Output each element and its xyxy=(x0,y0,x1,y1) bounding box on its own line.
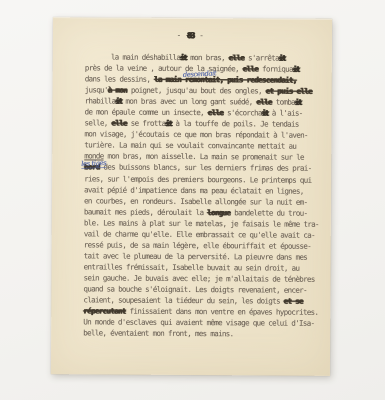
handwritten-correction: descendait xyxy=(183,69,217,79)
struck-deletion: elle xyxy=(243,64,258,73)
page-number-prefix: - xyxy=(176,31,187,40)
typed-text: dans les dessins, xyxy=(85,74,154,83)
typescript-line: bord des buissons blancs, sur les dernie… xyxy=(84,162,314,174)
typed-text: se frotta xyxy=(127,119,166,128)
typed-text: bandelette du trou- xyxy=(230,208,307,217)
typed-text: près de la veine , autour de la saignée, xyxy=(85,63,243,73)
typed-text: baumait mes pieds, déroulait la xyxy=(84,207,207,217)
photo-of-typescript: { "page": { "header": { "prefix": "- ", … xyxy=(0,0,385,400)
typed-text: mon bras avec un long gant suédé, xyxy=(122,97,257,107)
typed-text: poignet, jusqu'au bout des ongles, xyxy=(127,86,266,96)
typed-text: Un monde d'esclaves qui avaient même vis… xyxy=(83,317,314,327)
typed-text: avait pépié d'impatience dans ma peau éc… xyxy=(84,185,304,195)
typescript-text: la main déshabillait mon bras, elle s'ar… xyxy=(83,51,315,340)
struck-deletion: elle xyxy=(208,108,223,117)
struck-deletion: et se xyxy=(284,297,303,306)
struck-deletion: à mon xyxy=(108,86,127,95)
struck-deletion: elle xyxy=(111,119,126,128)
typescript-line: en courbes, en rondeurs. Isabelle allong… xyxy=(84,195,314,207)
struck-deletion: répercutant xyxy=(83,306,125,315)
overtyped-ending: it xyxy=(279,54,285,63)
typescript-line: avait pépié d'impatience dans ma peau éc… xyxy=(84,184,314,196)
typed-text: belle, éventaient mon front, mes mains. xyxy=(83,329,233,339)
struck-deletion: longue xyxy=(207,208,230,217)
typed-text: ressé puis, de sa main légère, elle ébou… xyxy=(84,240,311,250)
typed-text: des buissons blancs, sur les derniers fr… xyxy=(100,163,312,173)
typed-text: ries, sur l'empois des premiers bourgeon… xyxy=(84,174,311,184)
typed-text: tomba xyxy=(272,98,295,107)
typescript-line: belle, éventaient mon front, mes mains. xyxy=(83,328,313,340)
typed-text: tait avec le plumeau de la perversité. L… xyxy=(84,251,307,261)
typed-text: forniqua xyxy=(258,64,293,73)
struck-deletion: la main remontait, puis redescendait, xyxy=(154,75,297,85)
typed-text: ble. Les mains à plat sur le matelas, je… xyxy=(84,218,319,228)
typed-text: sein gauche. Je buvais avec elle; je m'a… xyxy=(83,273,314,283)
typed-text: quand sa bouche s'éloignait. Les doigts … xyxy=(83,284,306,294)
page-number-suffix: - xyxy=(194,31,205,40)
typed-text: mon bras, xyxy=(186,53,228,62)
manuscript-page: - 83 - la main déshabillait mon bras, el… xyxy=(51,17,332,376)
typed-text: claient, soupesaient la tiédeur du sein,… xyxy=(83,295,283,305)
page-number: - 83 - xyxy=(53,30,328,41)
typed-text: entrailles frémissait, Isabelle buvait a… xyxy=(84,262,300,272)
typed-text: selle, xyxy=(84,119,111,128)
typed-text: de mon épaule comme un insecte, xyxy=(84,108,207,118)
overtyped-ending: it xyxy=(295,98,301,107)
struck-deletion: elle xyxy=(256,98,271,107)
typed-text: finissaient dans mon ventre en épaves hy… xyxy=(126,307,319,317)
typed-text: mon bras, mon aisselle. La main se prome… xyxy=(103,152,303,162)
typed-text: s'arrêta xyxy=(244,53,279,62)
typed-text: rhabilla xyxy=(85,97,116,106)
struck-deletion: elle xyxy=(229,53,244,62)
typescript-line: ries, sur l'empois des premiers bourgeon… xyxy=(84,173,314,185)
typed-text: à la touffe de poils. Je tendais xyxy=(171,119,298,129)
typed-text: mon visage, j'écoutais ce que mon bras r… xyxy=(84,130,307,140)
handwritten-correction: les tiges xyxy=(81,158,106,168)
typed-text: à l'ais- xyxy=(268,109,303,118)
typed-text: vail de charme qu'elle. Elle embrassait … xyxy=(84,229,315,239)
typed-text: jusqu' xyxy=(85,85,108,94)
typed-text: la main déshabilla xyxy=(111,53,180,62)
typed-text: en courbes, en rondeurs. Isabelle allong… xyxy=(84,196,307,206)
typed-text: s'écorcha xyxy=(223,108,262,117)
struck-deletion: et puis elle xyxy=(266,87,312,96)
overtyped-ending: it xyxy=(293,65,299,74)
typed-text: turière. La main qui se voulait convainc… xyxy=(84,141,296,151)
